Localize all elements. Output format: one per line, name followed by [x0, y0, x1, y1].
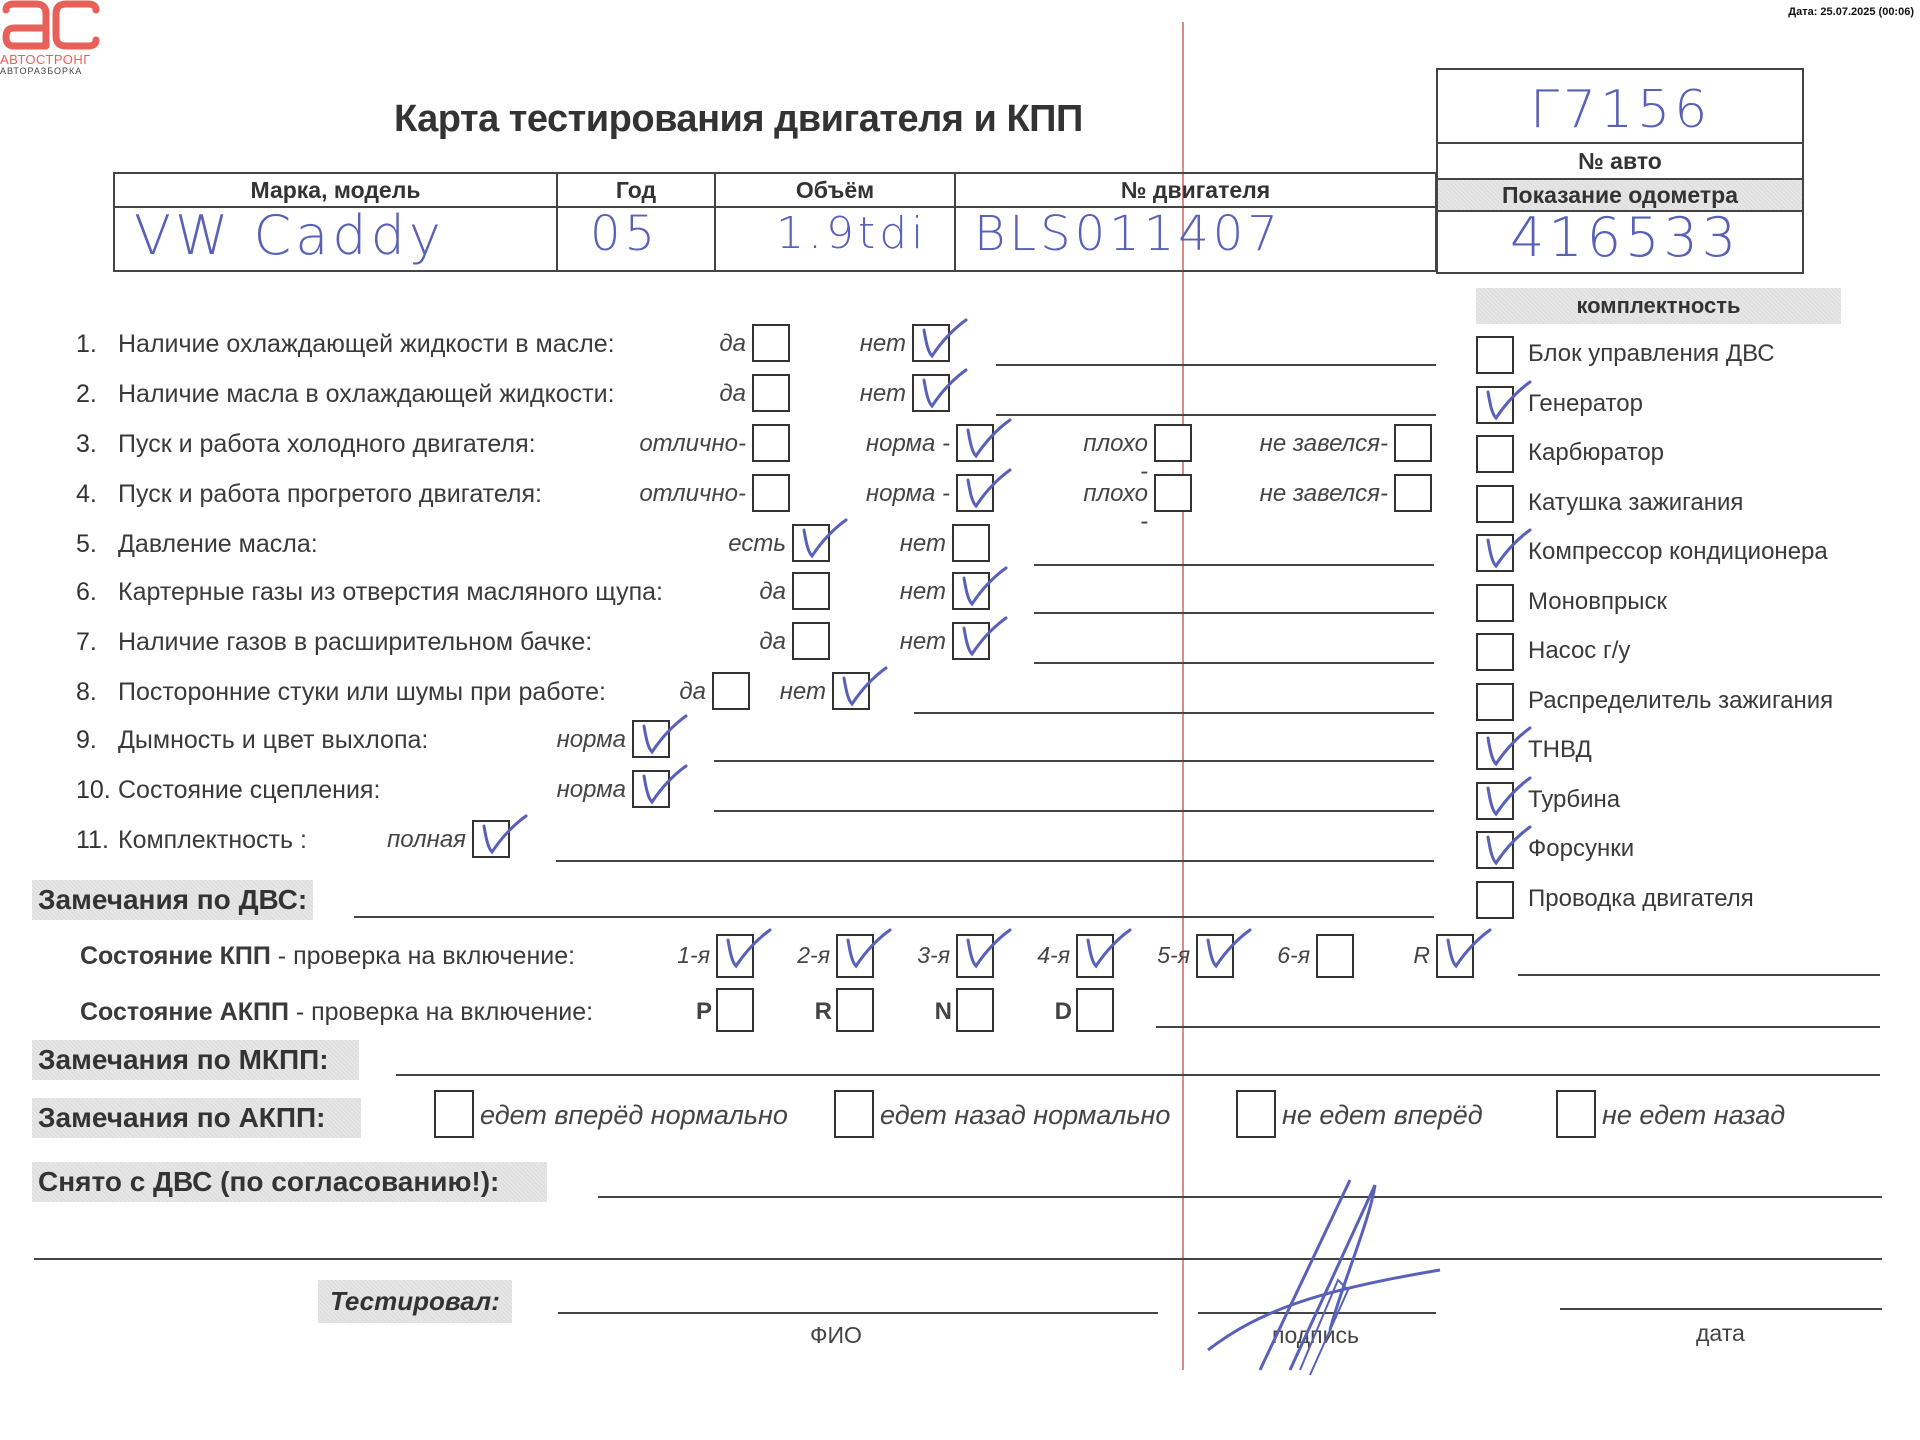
completeness-checkbox[interactable]: [1476, 782, 1514, 820]
option-checkbox[interactable]: [952, 524, 990, 562]
volume-value[interactable]: 1.9tdi: [776, 208, 927, 259]
question-number: 6.: [76, 578, 97, 607]
question-number: 11.: [76, 826, 109, 855]
checkmark-icon: [1480, 774, 1532, 822]
completeness-item-label: Проводка двигателя: [1528, 885, 1754, 913]
option-label: полная: [360, 826, 466, 854]
question-remarks-field[interactable]: [996, 414, 1436, 416]
checkmark-icon: [1480, 724, 1532, 772]
option-label: плохо -: [1072, 480, 1148, 536]
question-remarks-field[interactable]: [996, 364, 1436, 366]
checkmark-icon: [796, 516, 848, 564]
option-checkbox[interactable]: [752, 324, 790, 362]
option-label: норма: [520, 776, 626, 804]
col-header-year: Год: [556, 172, 716, 208]
question-remarks-field[interactable]: [714, 810, 1434, 812]
option-checkbox[interactable]: [792, 572, 830, 610]
gear-checkbox[interactable]: [1076, 934, 1114, 978]
gear-checkbox[interactable]: [1196, 934, 1234, 978]
gear-checkbox[interactable]: [1316, 934, 1354, 978]
completeness-item-label: Генератор: [1528, 390, 1643, 418]
autostrong-logo-icon: [0, 0, 100, 52]
option-label: нет: [880, 578, 946, 606]
completeness-item-label: Распределитель зажигания: [1528, 687, 1833, 715]
checkmark-icon: [1480, 526, 1532, 574]
car-number-value[interactable]: Г7156: [1530, 80, 1711, 140]
remarks-auto-label: Замечания по АКПП:: [32, 1098, 361, 1138]
option-checkbox[interactable]: [952, 572, 990, 610]
date-field[interactable]: [1560, 1308, 1882, 1310]
akpp-remark-checkbox[interactable]: [834, 1090, 874, 1138]
question-text: Пуск и работа холодного двигателя:: [118, 430, 536, 459]
question-number: 7.: [76, 628, 97, 657]
checkmark-icon: [956, 564, 1008, 612]
akpp-remark-checkbox[interactable]: [1236, 1090, 1276, 1138]
auto-position-label: N: [920, 998, 952, 1026]
gear-checkbox[interactable]: [836, 934, 874, 978]
odometer-value[interactable]: 416533: [1510, 206, 1740, 269]
manual-gearbox-label-bold: Состояние КПП: [80, 942, 271, 970]
completeness-item-label: Карбюратор: [1528, 439, 1664, 467]
completeness-checkbox[interactable]: [1476, 336, 1514, 374]
checkmark-icon: [636, 712, 688, 760]
question-text: Давление масла:: [118, 530, 318, 559]
option-label: плохо -: [1072, 430, 1148, 486]
option-checkbox[interactable]: [792, 622, 830, 660]
option-label: да: [640, 678, 706, 706]
col-header-engine-number: № двигателя: [954, 172, 1437, 208]
gear-checkbox[interactable]: [1436, 934, 1474, 978]
completeness-checkbox[interactable]: [1476, 386, 1514, 424]
remarks-manual-field[interactable]: [396, 1074, 1880, 1076]
option-label: отлично-: [600, 430, 746, 458]
col-header-volume: Объём: [714, 172, 956, 208]
checkmark-icon: [916, 316, 968, 364]
question-text: Картерные газы из отверстия масляного щу…: [118, 578, 663, 607]
option-label: есть: [700, 530, 786, 558]
auto-gearbox-label-bold: Состояние АКПП: [80, 998, 289, 1026]
checkmark-icon: [960, 466, 1012, 514]
question-number: 10.: [76, 776, 111, 805]
completeness-item-label: Компрессор кондиционера: [1528, 538, 1828, 566]
question-remarks-field[interactable]: [1034, 662, 1434, 664]
question-remarks-field[interactable]: [1034, 564, 1434, 566]
akpp-remark-label: едет вперёд нормально: [480, 1100, 788, 1131]
option-checkbox[interactable]: [1394, 474, 1432, 512]
year-value[interactable]: 05: [590, 206, 659, 262]
option-checkbox[interactable]: [956, 424, 994, 462]
gear-label: 3-я: [880, 942, 950, 969]
completeness-checkbox[interactable]: [1476, 732, 1514, 770]
question-text: Состояние сцепления:: [118, 776, 380, 805]
option-checkbox[interactable]: [912, 374, 950, 412]
question-number: 5.: [76, 530, 97, 559]
option-checkbox[interactable]: [1394, 424, 1432, 462]
auto-position-checkbox[interactable]: [836, 988, 874, 1032]
signature-scribble-icon: [1200, 1160, 1460, 1380]
gear-label: 6-я: [1240, 942, 1310, 969]
document-title: Карта тестирования двигателя и КПП: [394, 98, 1083, 141]
completeness-checkbox[interactable]: [1476, 435, 1514, 473]
option-label: не завелся-: [1210, 480, 1388, 508]
gear-checkbox[interactable]: [956, 934, 994, 978]
akpp-remark-checkbox[interactable]: [434, 1090, 474, 1138]
question-number: 3.: [76, 430, 97, 459]
gear-checkbox[interactable]: [716, 934, 754, 978]
question-remarks-field[interactable]: [556, 860, 1434, 862]
option-checkbox[interactable]: [1154, 474, 1192, 512]
question-text: Наличие масла в охлаждающей жидкости:: [118, 380, 615, 409]
option-label: нет: [826, 380, 906, 408]
gear-label: 5-я: [1120, 942, 1190, 969]
logo-subtitle: АВТОРАЗБОРКА: [0, 66, 82, 76]
option-checkbox[interactable]: [632, 720, 670, 758]
option-checkbox[interactable]: [792, 524, 830, 562]
auto-position-checkbox[interactable]: [1076, 988, 1114, 1032]
option-checkbox[interactable]: [752, 474, 790, 512]
remarks-engine-label: Замечания по ДВС:: [32, 880, 313, 920]
option-label: да: [690, 330, 746, 358]
option-label: нет: [826, 330, 906, 358]
manual-gearbox-label: Состояние КПП - проверка на включение:: [80, 942, 575, 971]
make-model-value[interactable]: VW Caddy: [134, 204, 445, 267]
auto-gearbox-label-rest: - проверка на включение:: [289, 998, 593, 1026]
checkmark-icon: [1440, 926, 1492, 974]
option-label: да: [690, 380, 746, 408]
option-label: нет: [740, 678, 826, 706]
completeness-item-label: Турбина: [1528, 786, 1620, 814]
checkmark-icon: [916, 366, 968, 414]
col-header-make-model: Марка, модель: [113, 172, 558, 208]
engine-number-value[interactable]: BLS011407: [974, 206, 1282, 262]
akpp-remark-label: едет назад нормально: [880, 1100, 1170, 1131]
checkmark-icon: [476, 812, 528, 860]
tester-name-field[interactable]: [558, 1312, 1158, 1314]
option-label: нет: [880, 530, 946, 558]
question-text: Комплектность :: [118, 826, 307, 855]
option-checkbox[interactable]: [1154, 424, 1192, 462]
completeness-item-label: Блок управления ДВС: [1528, 340, 1775, 368]
option-checkbox[interactable]: [832, 672, 870, 710]
akpp-remark-label: не едет вперёд: [1282, 1100, 1483, 1131]
checkmark-icon: [960, 416, 1012, 464]
question-number: 8.: [76, 678, 97, 707]
option-checkbox[interactable]: [752, 374, 790, 412]
removed-field-2[interactable]: [34, 1258, 1882, 1260]
remarks-engine-field[interactable]: [354, 916, 1434, 918]
option-checkbox[interactable]: [912, 324, 950, 362]
tested-by-label: Тестировал:: [318, 1280, 512, 1323]
option-label: не завелся-: [1210, 430, 1388, 458]
checkmark-icon: [1480, 378, 1532, 426]
option-checkbox[interactable]: [956, 474, 994, 512]
completeness-title: комплектность: [1476, 288, 1841, 324]
question-remarks-field[interactable]: [714, 760, 1434, 762]
option-label: отлично-: [600, 480, 746, 508]
auto-position-label: P: [680, 998, 712, 1026]
manual-gearbox-label-rest: - проверка на включение:: [271, 942, 575, 970]
completeness-checkbox[interactable]: [1476, 831, 1514, 869]
auto-position-label: D: [1040, 998, 1072, 1026]
option-checkbox[interactable]: [632, 770, 670, 808]
completeness-checkbox[interactable]: [1476, 584, 1514, 622]
option-label: норма: [520, 726, 626, 754]
auto-position-checkbox[interactable]: [956, 988, 994, 1032]
option-label: норма -: [820, 480, 950, 508]
checkmark-icon: [956, 614, 1008, 662]
auto-position-label: R: [800, 998, 832, 1026]
logo-brand: АВТОСТРОНГ: [0, 52, 91, 67]
completeness-item-label: Форсунки: [1528, 835, 1634, 863]
auto-position-checkbox[interactable]: [716, 988, 754, 1032]
option-label: да: [700, 578, 786, 606]
checkmark-icon: [1480, 823, 1532, 871]
gear-label: 1-я: [640, 942, 710, 969]
question-number: 9.: [76, 726, 97, 755]
question-text: Дымность и цвет выхлопа:: [118, 726, 428, 755]
akpp-remark-label: не едет назад: [1602, 1100, 1785, 1131]
question-number: 2.: [76, 380, 97, 409]
completeness-checkbox[interactable]: [1476, 881, 1514, 919]
date-caption: дата: [1696, 1320, 1745, 1347]
auto-gearbox-label: Состояние АКПП - проверка на включение:: [80, 998, 593, 1027]
question-text: Пуск и работа прогретого двигателя:: [118, 480, 542, 509]
removed-label: Снято с ДВС (по согласованию!):: [32, 1162, 547, 1202]
question-text: Наличие охлаждающей жидкости в масле:: [118, 330, 615, 359]
checkmark-icon: [636, 762, 688, 810]
question-number: 4.: [76, 480, 97, 509]
gear-label: R: [1364, 942, 1430, 969]
remarks-manual-label: Замечания по МКПП:: [32, 1040, 359, 1080]
tester-name-caption: ФИО: [810, 1322, 862, 1349]
car-number-label: № авто: [1436, 142, 1804, 180]
completeness-checkbox[interactable]: [1476, 485, 1514, 523]
question-text: Посторонние стуки или шумы при работе:: [118, 678, 606, 707]
question-number: 1.: [76, 330, 97, 359]
question-remarks-field[interactable]: [914, 712, 1434, 714]
option-checkbox[interactable]: [472, 820, 510, 858]
option-label: да: [700, 628, 786, 656]
completeness-checkbox[interactable]: [1476, 633, 1514, 671]
akpp-remark-checkbox[interactable]: [1556, 1090, 1596, 1138]
completeness-checkbox[interactable]: [1476, 534, 1514, 572]
completeness-item-label: Насос г/у: [1528, 637, 1630, 665]
gear-label: 4-я: [1000, 942, 1070, 969]
completeness-item-label: Моновпрыск: [1528, 588, 1667, 616]
completeness-item-label: Катушка зажигания: [1528, 489, 1743, 517]
gear-label: 2-я: [760, 942, 830, 969]
question-remarks-field[interactable]: [1034, 612, 1434, 614]
completeness-item-label: ТНВД: [1528, 736, 1592, 764]
option-label: норма -: [820, 430, 950, 458]
option-checkbox[interactable]: [752, 424, 790, 462]
checkmark-icon: [836, 664, 888, 712]
option-checkbox[interactable]: [952, 622, 990, 660]
question-text: Наличие газов в расширительном бачке:: [118, 628, 592, 657]
option-label: нет: [880, 628, 946, 656]
manual-gearbox-remarks-field[interactable]: [1518, 974, 1880, 976]
completeness-checkbox[interactable]: [1476, 683, 1514, 721]
print-date: Дата: 25.07.2025 (00:06): [1788, 6, 1914, 18]
auto-gearbox-remarks-field[interactable]: [1156, 1026, 1880, 1028]
